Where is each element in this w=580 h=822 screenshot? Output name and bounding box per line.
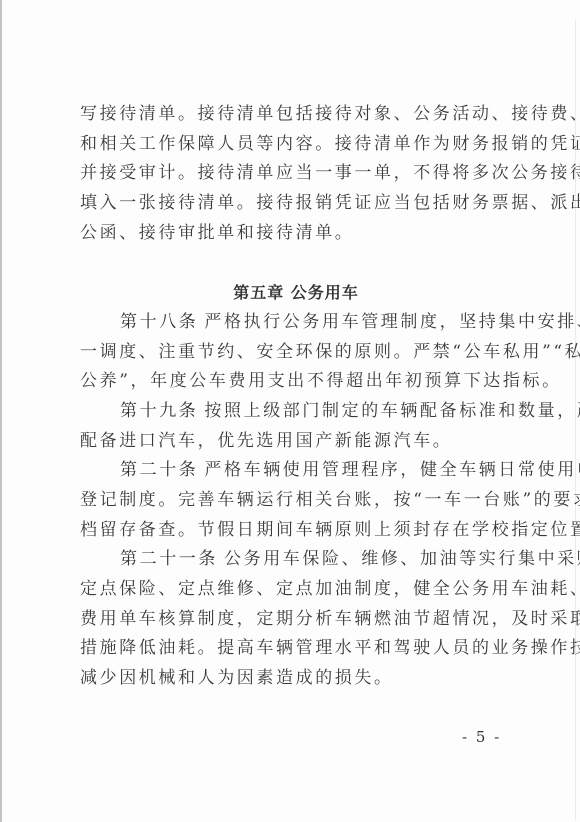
text-line: 公务用车保险、维修、加油等实行集中采购和 bbox=[224, 549, 580, 569]
text-line: 费用单车核算制度，定期分析车辆燃油节超情况，及时采取有效 bbox=[80, 605, 504, 635]
text-line: 严格执行公务用车管理制度，坚持集中安排、统 bbox=[204, 312, 580, 332]
article-first-line: 第十八条严格执行公务用车管理制度，坚持集中安排、统 bbox=[80, 308, 504, 338]
article-number: 第二十一条 bbox=[120, 549, 218, 569]
text-line: 公养”，年度公车费用支出不得超出年初预算下达指标。 bbox=[80, 367, 504, 397]
article-first-line: 第二十条严格车辆使用管理程序，健全车辆日常使用申请、 bbox=[80, 456, 504, 486]
text-line: 填入一张接待清单。接待报销凭证应当包括财务票据、派出单位 bbox=[80, 189, 504, 219]
article-number: 第十九条 bbox=[120, 401, 198, 421]
text-line: 并接受审计。接待清单应当一事一单，不得将多次公务接待合并 bbox=[80, 159, 504, 189]
page-number: - 5 - bbox=[462, 728, 501, 746]
text-line: 严格车辆使用管理程序，健全车辆日常使用申请、 bbox=[204, 460, 580, 480]
text-line: 和相关工作保障人员等内容。接待清单作为财务报销的凭证之一 bbox=[80, 130, 504, 160]
article-20: 第二十条严格车辆使用管理程序，健全车辆日常使用申请、 登记制度。完善车辆运行相关… bbox=[80, 456, 504, 545]
text-line: 登记制度。完善车辆运行相关台账，按“一车一台账”的要求归 bbox=[80, 486, 504, 516]
article-first-line: 第二十一条公务用车保险、维修、加油等实行集中采购和 bbox=[80, 545, 504, 575]
text-line: 档留存备查。节假日期间车辆原则上须封存在学校指定位置。 bbox=[80, 516, 504, 546]
article-number: 第二十条 bbox=[120, 460, 198, 480]
text-line: 配备进口汽车，优先选用国产新能源汽车。 bbox=[80, 427, 504, 457]
article-first-line: 第十九条按照上级部门制定的车辆配备标准和数量，严禁 bbox=[80, 397, 504, 427]
article-21: 第二十一条公务用车保险、维修、加油等实行集中采购和 定点保险、定点维修、定点加油… bbox=[80, 545, 504, 693]
article-number: 第十八条 bbox=[120, 312, 198, 332]
text-line: 减少因机械和人为因素造成的损失。 bbox=[80, 664, 504, 694]
chapter-heading: 第五章 公务用车 bbox=[80, 278, 504, 308]
document-page: 写接待清单。接待清单包括接待对象、公务活动、接待费、陪同 和相关工作保障人员等内… bbox=[80, 100, 504, 694]
text-line: 措施降低油耗。提高车辆管理水平和驾驶人员的业务操作技能， bbox=[80, 634, 504, 664]
article-19: 第十九条按照上级部门制定的车辆配备标准和数量，严禁 配备进口汽车，优先选用国产新… bbox=[80, 397, 504, 456]
text-line: 按照上级部门制定的车辆配备标准和数量，严禁 bbox=[204, 401, 580, 421]
text-line: 公函、接待审批单和接待清单。 bbox=[80, 219, 504, 249]
text-line: 一调度、注重节约、安全环保的原则。严禁“公车私用”“私车 bbox=[80, 338, 504, 368]
page-left-edge bbox=[0, 0, 2, 822]
text-line: 写接待清单。接待清单包括接待对象、公务活动、接待费、陪同 bbox=[80, 100, 504, 130]
continuation-paragraph: 写接待清单。接待清单包括接待对象、公务活动、接待费、陪同 和相关工作保障人员等内… bbox=[80, 100, 504, 248]
article-18: 第十八条严格执行公务用车管理制度，坚持集中安排、统 一调度、注重节约、安全环保的… bbox=[80, 308, 504, 397]
text-line: 定点保险、定点维修、定点加油制度，健全公务用车油耗、运行 bbox=[80, 575, 504, 605]
